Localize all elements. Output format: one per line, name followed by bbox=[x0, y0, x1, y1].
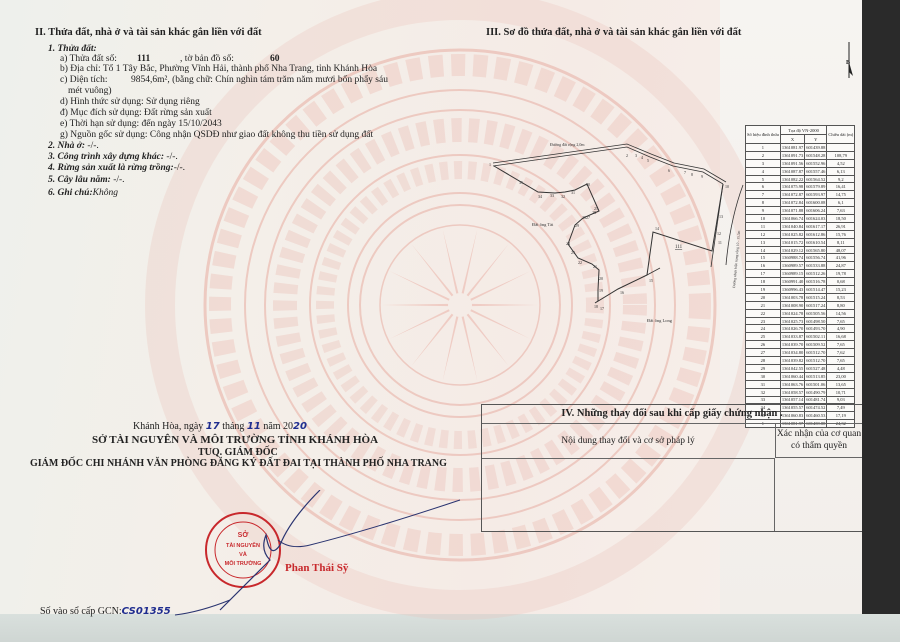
coordinate-row: 181360991.40601516.780,68 bbox=[746, 278, 855, 286]
svg-text:28: 28 bbox=[592, 210, 596, 215]
coordinate-row: 211361008.90601517.248,80 bbox=[746, 301, 855, 309]
item-6-note-value: Không bbox=[93, 188, 118, 198]
on-behalf-label: TUQ. GIÁM ĐỐC bbox=[198, 447, 278, 458]
coordinate-row: 251361033.87601502.1116,68 bbox=[746, 333, 855, 341]
svg-text:8: 8 bbox=[691, 172, 693, 177]
coordinate-row: 161360989.57601533.8824,87 bbox=[746, 262, 855, 270]
item-3-value: -/-. bbox=[166, 152, 177, 162]
coordinate-row: 81361072.84601600.086,1 bbox=[746, 199, 855, 207]
coordinate-row: 71361072.87601593.9714,75 bbox=[746, 191, 855, 199]
svg-text:12: 12 bbox=[717, 231, 721, 236]
coordinate-row: 321361058.57601490.7910,71 bbox=[746, 388, 855, 396]
item-4-value: -/-. bbox=[174, 163, 185, 173]
coordinate-row: 271361034.80601512.707,62 bbox=[746, 349, 855, 357]
registry-label: Số vào sổ cấp GCN: bbox=[40, 606, 122, 617]
item-2-value: -/-. bbox=[87, 141, 98, 151]
item-6-note-label: 6. Ghi chú: bbox=[48, 188, 93, 198]
issue-date: Khánh Hòa, ngày 17 tháng 11 năm 2020 bbox=[133, 421, 307, 432]
col-length-header: Chiều dài (m) bbox=[827, 126, 855, 144]
coordinate-row: 171360989.15601512.2619,78 bbox=[746, 270, 855, 278]
issue-year: 20 bbox=[293, 421, 307, 432]
col-coord-header: Tọa độ VN-2000 bbox=[780, 126, 827, 135]
coordinate-row: 61361075.98601579.8916,41 bbox=[746, 183, 855, 191]
coordinate-row: 131361015.72601610.548,11 bbox=[746, 238, 855, 246]
road-right-label: Đường nhựa hiện trạng rộng 10 - 15,5m bbox=[732, 230, 742, 288]
svg-text:35: 35 bbox=[519, 180, 523, 185]
coordinate-row: 11361081.97601439.88 bbox=[746, 144, 855, 152]
coordinate-row: 141361029.12601565.8048,07 bbox=[746, 246, 855, 254]
area-value-cont: mét vuông) bbox=[68, 86, 112, 97]
svg-text:11: 11 bbox=[718, 240, 722, 245]
changes-column-divider bbox=[774, 458, 775, 531]
svg-text:27: 27 bbox=[586, 215, 590, 220]
coordinate-row: 91361071.88601606.247,63 bbox=[746, 207, 855, 215]
section-iv-title: IV. Những thay đổi sau khi cấp giấy chứn… bbox=[482, 405, 862, 424]
svg-text:2: 2 bbox=[626, 153, 628, 158]
coordinate-row: 191360996.43601514.4715,23 bbox=[746, 286, 855, 294]
handwritten-signature bbox=[170, 490, 470, 620]
north-label: B bbox=[846, 60, 850, 66]
svg-text:5: 5 bbox=[647, 158, 649, 163]
usage-purpose: đ) Mục đích sử dụng: Đất rừng sản xuất bbox=[60, 108, 212, 119]
svg-text:15: 15 bbox=[649, 278, 653, 283]
svg-text:10: 10 bbox=[725, 184, 729, 189]
coordinate-row: 231361025.73601498.507,65 bbox=[746, 317, 855, 325]
usage-origin: g) Nguồn gốc sử dụng: Công nhận QSDĐ như… bbox=[60, 130, 373, 141]
item-2-house: 2. Nhà ở: bbox=[48, 141, 85, 151]
parcel-number-label-map: 111 bbox=[675, 245, 683, 250]
item-5-perennial: 5. Cây lâu năm: bbox=[48, 175, 111, 185]
signer-name: Phan Thái Sỹ bbox=[285, 562, 348, 574]
item-3-construction: 3. Công trình xây dựng khác: bbox=[48, 152, 164, 162]
coordinate-row: 121361025.82601612.8615,76 bbox=[746, 230, 855, 238]
svg-text:14: 14 bbox=[655, 226, 659, 231]
item-5-value: -/-. bbox=[113, 175, 124, 185]
coordinate-row: 261361039.70601509.527,65 bbox=[746, 341, 855, 349]
item-4-forest: 4. Rừng sản xuất là rừng trồng: bbox=[48, 163, 174, 173]
issue-day: 17 bbox=[206, 421, 220, 432]
month-label: tháng bbox=[222, 421, 244, 432]
col-x-header: X bbox=[780, 135, 804, 144]
agency-name: SỞ TÀI NGUYÊN VÀ MÔI TRƯỜNG TỈNH KHÁNH H… bbox=[92, 434, 378, 446]
area-value: 9854,6m², (bằng chữ: Chín nghìn tám trăm… bbox=[131, 75, 388, 86]
registry-number: Số vào sổ cấp GCN:CS01355 bbox=[40, 606, 171, 617]
usage-term: e) Thời hạn sử dụng: đến ngày 15/10/2043 bbox=[60, 119, 222, 130]
svg-text:4: 4 bbox=[641, 155, 643, 160]
issue-month: 11 bbox=[247, 421, 261, 432]
section-iii-title: III. Sơ đồ thửa đất, nhà ở và tài sản kh… bbox=[486, 27, 741, 38]
svg-text:21: 21 bbox=[593, 264, 597, 269]
section-ii-title: II. Thửa đất, nhà ở và tài sản khác gắn … bbox=[35, 27, 262, 38]
svg-text:22: 22 bbox=[578, 260, 582, 265]
svg-text:9: 9 bbox=[701, 174, 703, 179]
date-prefix: Khánh Hòa, ngày bbox=[133, 421, 203, 432]
svg-text:20: 20 bbox=[599, 276, 603, 281]
coordinate-row: 21361091.73601548.28108,79 bbox=[746, 151, 855, 159]
area-label: c) Diện tích: bbox=[60, 75, 107, 86]
coordinate-row: 151360988.74601556.7441,96 bbox=[746, 254, 855, 262]
coordinate-row: 241361026.70601493.704,90 bbox=[746, 325, 855, 333]
coordinate-row: 291361042.55601527.484,48 bbox=[746, 364, 855, 372]
changes-table: IV. Những thay đổi sau khi cấp giấy chứn… bbox=[481, 404, 862, 532]
coordinate-row: 281361039.82601512.707,65 bbox=[746, 357, 855, 365]
svg-text:3: 3 bbox=[635, 153, 637, 158]
svg-text:17: 17 bbox=[600, 306, 604, 311]
svg-text:34: 34 bbox=[538, 194, 542, 199]
svg-text:6: 6 bbox=[668, 168, 670, 173]
coordinate-row: 201361003.78601515.248,53 bbox=[746, 293, 855, 301]
coordinate-table: Số hiệu đỉnh thửa Tọa độ VN-2000 Chiều d… bbox=[745, 125, 855, 428]
col-point-header: Số hiệu đỉnh thửa bbox=[746, 126, 781, 144]
coordinate-row: 311361063.76601501.0613,65 bbox=[746, 380, 855, 388]
svg-text:16: 16 bbox=[620, 290, 624, 295]
svg-text:7: 7 bbox=[684, 170, 686, 175]
coordinate-row: 301361060.44601513.8523,00 bbox=[746, 372, 855, 380]
registry-value: CS01355 bbox=[122, 606, 171, 617]
parcel-diagram: 12345 678910 1112131415 1617181920 21222… bbox=[475, 140, 745, 330]
svg-text:32: 32 bbox=[561, 194, 565, 199]
svg-text:33: 33 bbox=[550, 193, 554, 198]
svg-text:31: 31 bbox=[571, 190, 575, 195]
usage-form: d) Hình thức sử dụng: Sử dụng riêng bbox=[60, 97, 200, 108]
svg-text:18: 18 bbox=[594, 304, 598, 309]
coordinate-row: 41361087.87601557.466,13 bbox=[746, 167, 855, 175]
svg-text:1: 1 bbox=[489, 162, 491, 167]
road-top-label: Đường đất rộng 2,0m bbox=[550, 142, 585, 148]
changes-content-header: Nội dung thay đổi và cơ sở pháp lý bbox=[482, 424, 774, 459]
col-y-header: Y bbox=[805, 135, 827, 144]
coordinate-row: 331361057.14601481.749,03 bbox=[746, 396, 855, 404]
svg-text:23: 23 bbox=[571, 250, 575, 255]
svg-text:13: 13 bbox=[719, 214, 723, 219]
coordinate-row: 31361091.56601552.964,52 bbox=[746, 159, 855, 167]
coordinate-row: 111361040.84601617.1726,91 bbox=[746, 222, 855, 230]
neighbor-west-label: Đất ông Tài bbox=[532, 222, 554, 227]
svg-text:19: 19 bbox=[599, 288, 603, 293]
coordinate-row: 51361082.22601564.529,2 bbox=[746, 175, 855, 183]
address-line: b) Địa chỉ: Tổ 1 Tây Bắc, Phường Vĩnh Hả… bbox=[60, 64, 377, 75]
signer-position: GIÁM ĐỐC CHI NHÁNH VĂN PHÒNG ĐĂNG KÝ ĐẤT… bbox=[30, 458, 447, 469]
svg-text:30: 30 bbox=[586, 182, 590, 187]
changes-authority-header: Xác nhận của cơ quan có thẩm quyền bbox=[775, 424, 862, 458]
neighbor-south-label: Đất ông Long bbox=[647, 318, 673, 323]
year-label: năm 20 bbox=[263, 421, 293, 432]
svg-text:29: 29 bbox=[575, 223, 579, 228]
svg-text:24: 24 bbox=[566, 241, 570, 246]
coordinate-row: 101361066.74601624.0318,50 bbox=[746, 215, 855, 223]
coordinate-row: 221361024.78601505.5614,56 bbox=[746, 309, 855, 317]
